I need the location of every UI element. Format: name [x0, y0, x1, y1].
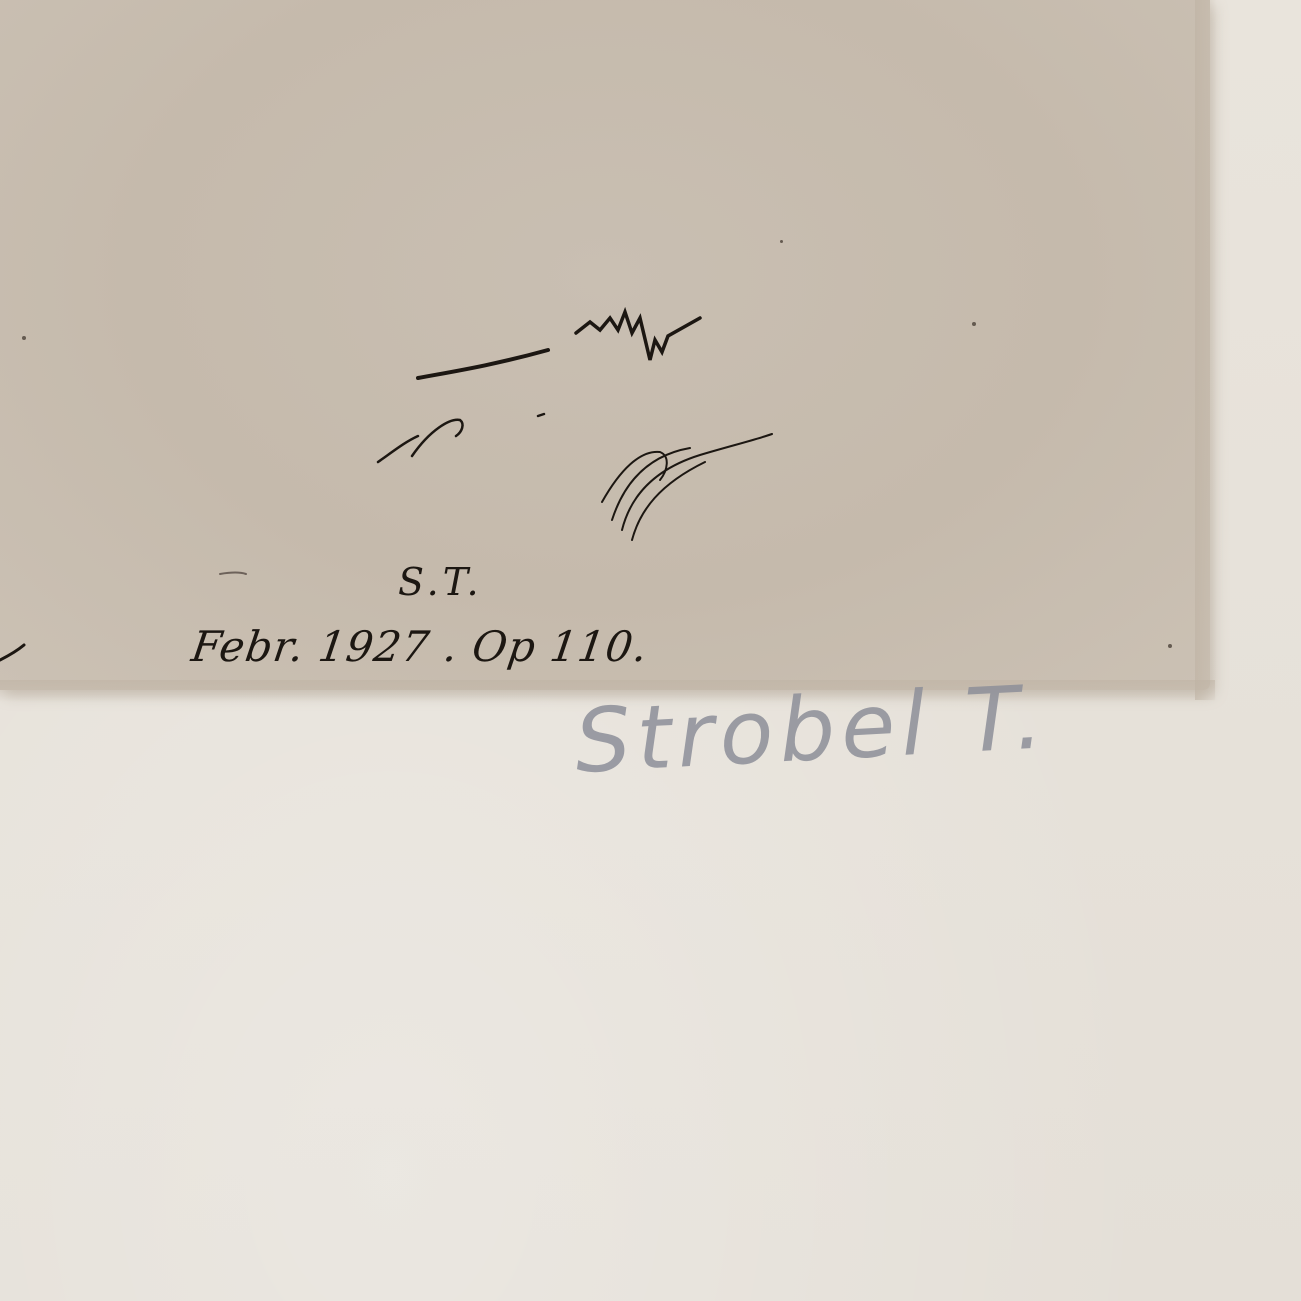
plate-monogram: S.T. — [398, 560, 483, 604]
ink-speck — [22, 336, 26, 340]
plate-date-opus: Febr. 1927 . Op 110. — [189, 622, 652, 671]
ink-speck — [1168, 644, 1172, 648]
ink-speck — [972, 322, 976, 326]
ink-speck — [780, 240, 783, 243]
